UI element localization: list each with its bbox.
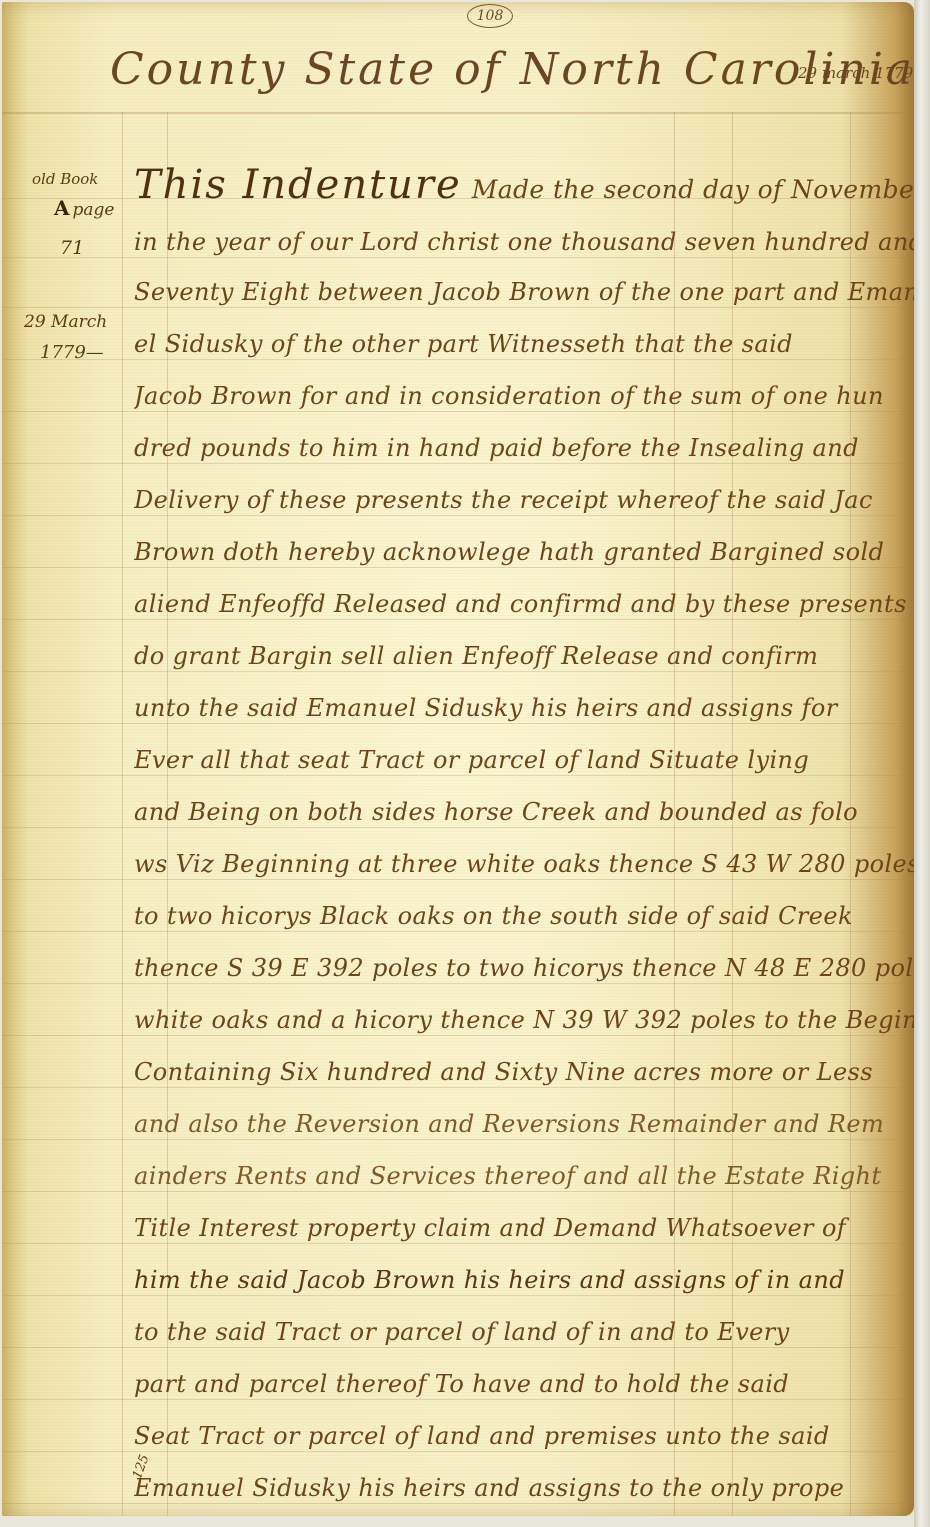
line-rule [2,1399,914,1400]
text-line: Brown doth hereby acknowlege hath grante… [134,538,919,566]
line-rule [2,567,914,568]
line-rule [2,1139,914,1140]
opening-words: This Indenture [134,162,462,208]
margin-book-page-number: 71 [60,237,84,259]
line-rule [2,411,914,412]
line-rule [2,827,914,828]
margin-book-page-label: Apage [54,196,115,220]
document-page: 108 County State of North Carolinia 29 m… [2,2,914,1516]
page-number: 108 [467,4,513,28]
text-line: el Sidusky of the other part Witnesseth … [134,330,919,358]
text-line: and Being on both sides horse Creek and … [134,798,919,826]
text-line: Jacob Brown for and in consideration of … [134,382,919,410]
text-line: thence S 39 E 392 poles to two hicorys t… [134,954,919,982]
margin-record-year: 1779— [40,342,104,363]
line-rule [2,619,914,620]
line-rule [2,1035,914,1036]
line-rule [2,1087,914,1088]
text-line: do grant Bargin sell alien Enfeoff Relea… [134,642,919,670]
line-rule [2,307,914,308]
line-rule [2,879,914,880]
header-rule [2,112,914,114]
line-rule [2,983,914,984]
text-line: Containing Six hundred and Sixty Nine ac… [134,1058,919,1086]
line-rule [2,1347,914,1348]
line-rule [2,1191,914,1192]
text-line: in the year of our Lord christ one thous… [134,228,919,256]
line-rule [2,515,914,516]
text-line: to two hicorys Black oaks on the south s… [134,902,919,930]
line-rule [2,359,914,360]
text-line: him the said Jacob Brown his heirs and a… [134,1266,919,1294]
line-rule [2,257,914,258]
text-line-content: Made the second day of November [472,175,919,204]
text-line: aliend Enfeoffd Released and confirmd an… [134,590,919,618]
line-rule [2,463,914,464]
line-rule [2,1503,914,1504]
margin-record-date: 29 March [24,312,107,332]
text-line: Delivery of these presents the receipt w… [134,486,919,514]
text-line: Seventy Eight between Jacob Brown of the… [134,278,919,306]
line-rule [2,1243,914,1244]
text-line: Ever all that seat Tract or parcel of la… [134,746,919,774]
margin-book-ref: old Book [32,170,98,188]
margin-book-letter: A [54,196,70,220]
page-heading: County State of North Carolinia [110,44,915,95]
text-line: ainders Rents and Services thereof and a… [134,1162,919,1190]
line-rule [2,723,914,724]
margin-rule [122,112,123,1516]
line-rule [2,931,914,932]
text-line: Emanuel Sidusky his heirs and assigns to… [134,1474,919,1502]
text-line: Title Interest property claim and Demand… [134,1214,919,1242]
text-line: ws Viz Beginning at three white oaks the… [134,850,919,878]
line-rule [2,1295,914,1296]
text-line: and also the Reversion and Reversions Re… [134,1110,919,1138]
line-rule [2,671,914,672]
text-line: dred pounds to him in hand paid before t… [134,434,919,462]
text-line: unto the said Emanuel Sidusky his heirs … [134,694,919,722]
text-line: part and parcel thereof To have and to h… [134,1370,919,1398]
page-edge [914,0,930,1527]
text-line: to the said Tract or parcel of land of i… [134,1318,919,1346]
text-line: white oaks and a hicory thence N 39 W 39… [134,1006,919,1034]
text-line: This IndentureMade the second day of Nov… [134,162,919,208]
heading-date: 29 march 1779 [798,64,913,82]
margin-page-word: page [73,200,115,220]
text-line: Seat Tract or parcel of land and premise… [134,1422,919,1450]
line-rule [2,775,914,776]
